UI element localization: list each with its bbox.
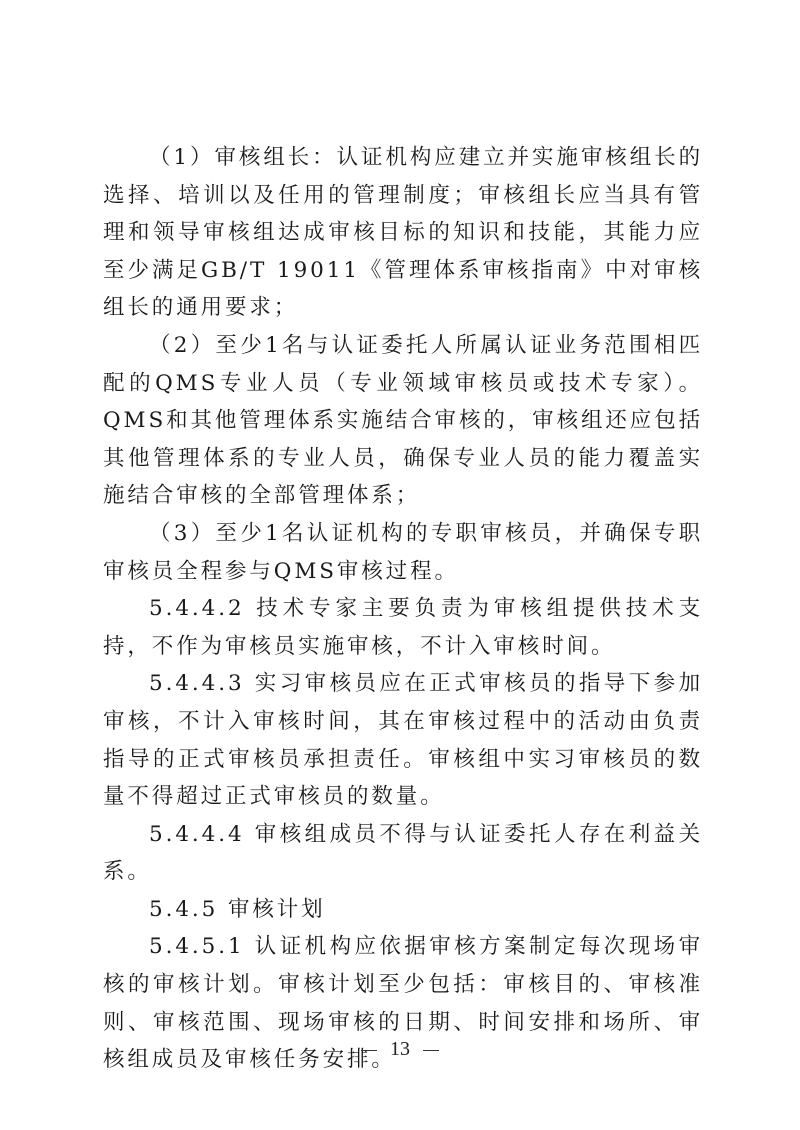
document-body: （1）审核组长：认证机构应建立并实施审核组长的选择、培训以及任用的管理制度；审核…: [103, 139, 703, 1079]
paragraph-5-4-4-4: 5.4.4.4 审核组成员不得与认证委托人存在利益关系。: [103, 816, 703, 891]
paragraph-full-time-auditor: （3）至少1名认证机构的专职审核员，并确保专职审核员全程参与QMS审核过程。: [103, 515, 703, 590]
dash-right-decoration: [423, 1050, 439, 1051]
section-heading-5-4-5: 5.4.5 审核计划: [103, 891, 703, 929]
paragraph-5-4-4-2: 5.4.4.2 技术专家主要负责为审核组提供技术支持，不作为审核员实施审核，不计…: [103, 590, 703, 665]
dash-left-decoration: [361, 1050, 377, 1051]
paragraph-audit-team-leader: （1）审核组长：认证机构应建立并实施审核组长的选择、培训以及任用的管理制度；审核…: [103, 139, 703, 327]
page-number: 13: [390, 1038, 410, 1060]
paragraph-5-4-4-3: 5.4.4.3 实习审核员应在正式审核员的指导下参加审核，不计入审核时间，其在审…: [103, 665, 703, 815]
paragraph-qms-professional: （2）至少1名与认证委托人所属认证业务范围相匹配的QMS专业人员（专业领域审核员…: [103, 327, 703, 515]
page-footer: 13: [0, 1038, 800, 1061]
